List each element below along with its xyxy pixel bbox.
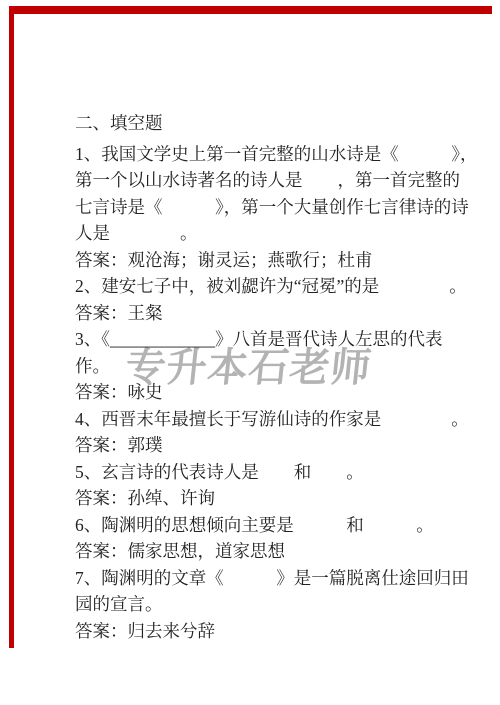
q6-answer: 答案：儒家思想，道家思想 (75, 538, 455, 565)
q1-answer: 答案：观沧海；谢灵运；燕歌行；杜甫 (75, 247, 455, 274)
q1-line-3: 七言诗是《 》，第一个大量创作七言律诗的诗 (75, 194, 455, 221)
q3-line-1: 3、《____________》八首是晋代诗人左思的代表 (75, 326, 455, 353)
q7-line-2: 园的宣言。 (75, 591, 455, 618)
q2-line: 2、建安七子中，被刘勰许为“冠冕”的是 。 (75, 273, 455, 300)
q7-answer: 答案：归去来兮辞 (75, 618, 455, 645)
q5-line: 5、玄言诗的代表诗人是 和 。 (75, 459, 455, 486)
q4-answer: 答案：郭璞 (75, 432, 455, 459)
q1-line-4: 人是 。 (75, 220, 455, 247)
section-heading: 二、填空题 (75, 110, 455, 137)
document-content: 二、填空题 1、我国文学史上第一首完整的山水诗是《 》， 第一个以山水诗著名的诗… (75, 110, 455, 644)
top-accent-bar (9, 6, 492, 14)
q6-line: 6、陶渊明的思想倾向主要是 和 。 (75, 512, 455, 539)
document-page: 专升本石老师 二、填空题 1、我国文学史上第一首完整的山水诗是《 》， 第一个以… (0, 0, 500, 705)
q2-answer: 答案：王粲 (75, 300, 455, 327)
q3-answer: 答案：咏史 (75, 379, 455, 406)
q7-line-1: 7、陶渊明的文章《 》是一篇脱离仕途回归田 (75, 565, 455, 592)
left-accent-bar (9, 6, 14, 648)
q5-answer: 答案：孙绰、许询 (75, 485, 455, 512)
q4-line: 4、西晋末年最擅长于写游仙诗的作家是 。 (75, 406, 455, 433)
q1-line-2: 第一个以山水诗著名的诗人是 ，第一首完整的 (75, 167, 455, 194)
q1-line-1: 1、我国文学史上第一首完整的山水诗是《 》， (75, 141, 455, 168)
q3-line-2: 作。 (75, 353, 455, 380)
